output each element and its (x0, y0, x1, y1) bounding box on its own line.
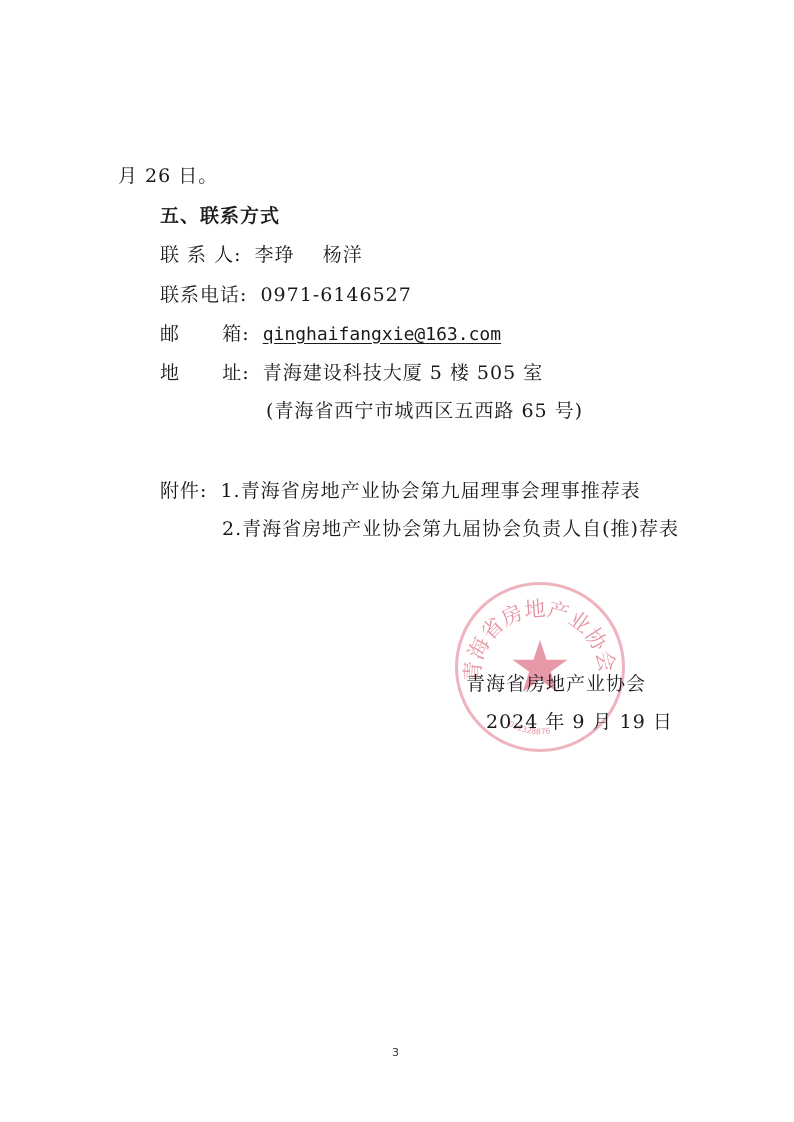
section-heading: 五、联系方式 (160, 204, 280, 228)
contact-phone-value: 0971-6146527 (260, 284, 411, 306)
contact-person-label: 联 系 人: (160, 243, 241, 267)
page-number: 3 (392, 1046, 399, 1059)
attachment-item-1: 1.青海省房地产业协会第九届理事会理事推荐表 (220, 480, 640, 502)
contact-person-value: 李琤 杨洋 (255, 244, 363, 266)
signature-organization: 青海省房地产业协会 (466, 672, 646, 696)
attachments-label: 附件: (160, 480, 207, 502)
attachment-item-2: 2.青海省房地产业协会第九届协会负责人自(推)荐表 (222, 517, 679, 541)
contact-address-row: 地 址: 青海建设科技大厦 5 楼 505 室 (160, 361, 543, 385)
contact-address-value: 青海建设科技大厦 5 楼 505 室 (263, 362, 544, 384)
contact-phone-row: 联系电话: 0971-6146527 (160, 283, 412, 307)
continuation-line: 月 26 日。 (118, 164, 218, 188)
attachment-row-1: 附件: 1.青海省房地产业协会第九届理事会理事推荐表 (160, 479, 641, 503)
contact-address-label: 地 址: (160, 361, 250, 385)
contact-email-label: 邮 箱: (160, 322, 250, 346)
contact-address-detail: (青海省西宁市城西区五西路 65 号) (266, 399, 583, 423)
contact-phone-label: 联系电话: (160, 283, 247, 307)
signature-date: 2024 年 9 月 19 日 (486, 710, 673, 734)
contact-person-row: 联 系 人: 李琤 杨洋 (160, 243, 363, 267)
contact-email-row: 邮 箱: qinghaifangxie@163.com (160, 322, 501, 347)
contact-email-link[interactable]: qinghaifangxie@163.com (263, 324, 501, 345)
